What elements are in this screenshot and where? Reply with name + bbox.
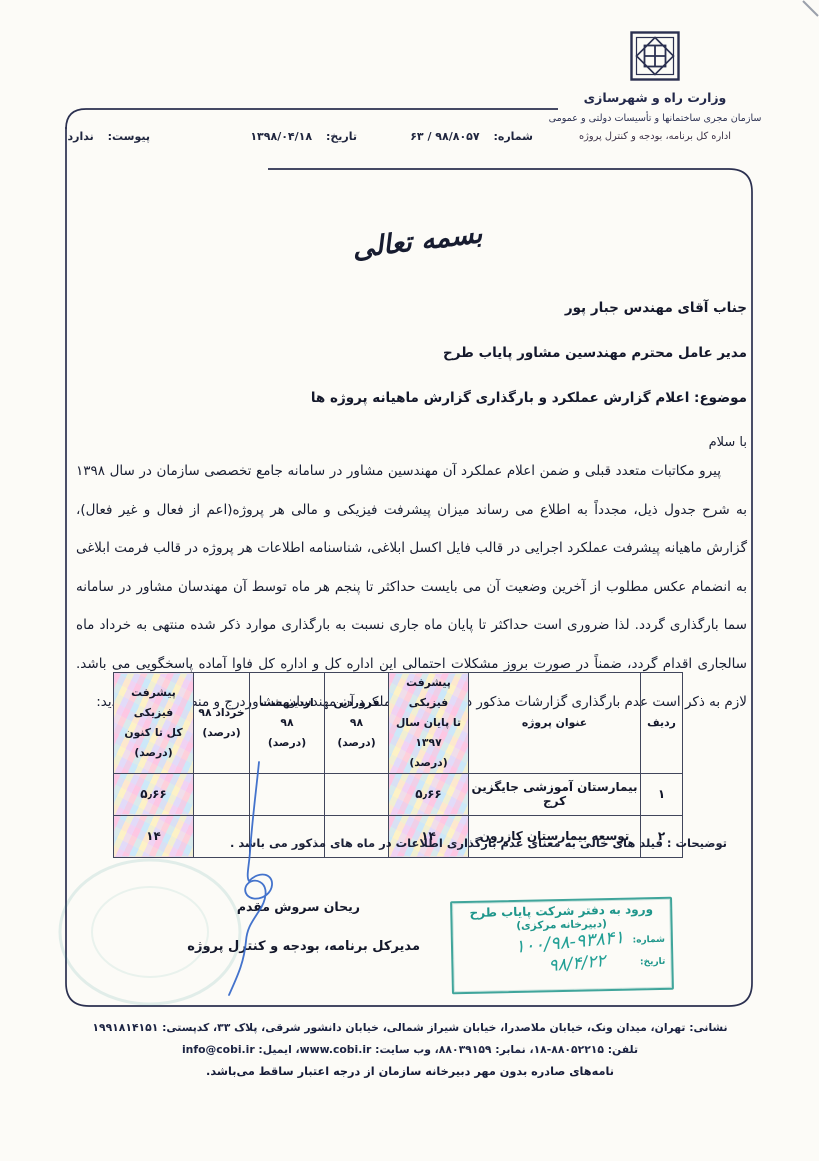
ministry-emblem-icon	[629, 30, 681, 82]
col-khordad-98: خرداد ۹۸ (درصد)	[194, 673, 250, 774]
department-name: اداره کل برنامه، بودجه و کنترل پروژه	[540, 131, 770, 142]
table-header-row: ردیف عنوان پروژه پیشرفت فیزیکی تا پایان …	[114, 673, 683, 774]
total-progress-cell: ۵٫۶۶	[114, 773, 194, 815]
organization-name: سازمان مجری ساختمانها و تأسیسات دولتی و …	[540, 113, 770, 124]
letter-date-field: تاریخ: ۱۳۹۸/۰۴/۱۸	[250, 130, 357, 143]
scanned-letter-page: وزارت راه و شهرسازی سازمان مجری ساختمانه…	[0, 0, 819, 1161]
letter-number-value: ۶۳ / ۹۸/۸۰۵۷	[410, 130, 479, 143]
farvardin-cell	[325, 773, 389, 815]
col-row-number: ردیف	[641, 673, 683, 774]
phone-value: ۱۸-۸۸۰۵۲۲۱۵	[534, 1043, 604, 1056]
project-title-cell: بیمارستان آموزشی جایگزین کرج	[469, 773, 641, 815]
ministry-name: وزارت راه و شهرسازی	[540, 90, 770, 105]
recipient-name: جناب آقای مهندس جبار پور	[565, 300, 747, 316]
progress-table: ردیف عنوان پروژه پیشرفت فیزیکی تا پایان …	[113, 672, 683, 858]
attachment-value: ندارد	[68, 130, 94, 143]
website-value: www.cobi.ir	[300, 1043, 372, 1056]
footer-contacts: تلفن: ۱۸-۸۸۰۵۲۲۱۵، نمابر: ۸۸۰۳۹۱۵۹، وب س…	[66, 1043, 754, 1056]
letter-date-label: تاریخ:	[326, 130, 357, 143]
signer-name: ریحان سروش مقدم	[240, 899, 360, 914]
letter-number-label: شماره:	[493, 130, 533, 143]
letter-date-value: ۱۳۹۸/۰۴/۱۸	[250, 130, 312, 143]
total-progress-cell: ۱۴	[114, 815, 194, 857]
col-project-title: عنوان پروژه	[469, 673, 641, 774]
col-total-progress: پیشرفت فیزیکی کل تا کنون (درصد)	[114, 673, 194, 774]
besmele-calligraphy: بسمه تعالی	[351, 218, 484, 265]
stamp-date-handwritten: ۹۸/۴/۲۲	[548, 951, 607, 976]
attachment-label: پیوست:	[108, 130, 150, 143]
table-row: ۱ بیمارستان آموزشی جایگزین کرج ۵٫۶۶ ۵٫۶۶	[114, 773, 683, 815]
email-label: ، ایمیل:	[255, 1043, 300, 1056]
recipient-title: مدیر عامل محترم مهندسین مشاور پایاب طرح	[443, 345, 747, 361]
fax-label: ، نمابر:	[492, 1043, 534, 1056]
col-ordibehesht-98: اردیبهشت ۹۸ (درصد)	[250, 673, 325, 774]
col-progress-1397: پیشرفت فیزیکی تا پایان سال ۱۳۹۷ (درصد)	[389, 673, 469, 774]
stamp-date-label: تاریخ:	[640, 957, 666, 968]
ordibehesht-cell	[250, 773, 325, 815]
signer-title: مدیرکل برنامه، بودجه و کنترل پروژه	[120, 939, 420, 954]
progress-1397-cell: ۵٫۶۶	[389, 773, 469, 815]
khordad-cell	[194, 773, 250, 815]
fax-value: ۸۸۰۳۹۱۵۹	[439, 1043, 492, 1056]
footer: نشانی: تهران، میدان ونک، خیابان ملاصدرا،…	[66, 1021, 754, 1078]
table-note: توضیحات : فیلد های خالی به معنای عدم بار…	[230, 836, 727, 850]
col-farvardin-98: فروردین ۹۸ (درصد)	[325, 673, 389, 774]
letter-number-field: شماره: ۶۳ / ۹۸/۸۰۵۷	[410, 130, 533, 143]
footer-disclaimer: نامه‌های صادره بدون مهر دبیرخانه سازمان …	[66, 1065, 754, 1078]
email-value: info@cobi.ir	[182, 1043, 255, 1056]
progress-table-wrapper: ردیف عنوان پروژه پیشرفت فیزیکی تا پایان …	[113, 672, 683, 858]
row-number-cell: ۱	[641, 773, 683, 815]
website-label: ، وب سایت:	[371, 1043, 438, 1056]
stamp-date-row: تاریخ: ۹۸/۴/۲۲	[459, 951, 665, 977]
stamp-number-label: شماره:	[632, 935, 665, 946]
salutation: با سلام	[709, 435, 747, 450]
phone-label: تلفن:	[604, 1043, 638, 1056]
footer-address: نشانی: تهران، میدان ونک، خیابان ملاصدرا،…	[66, 1021, 754, 1034]
subject-line: موضوع: اعلام گزارش عملکرد و بارگذاری گزا…	[311, 390, 747, 406]
letterhead: وزارت راه و شهرسازی سازمان مجری ساختمانه…	[540, 30, 770, 142]
attachment-field: پیوست: ندارد	[68, 130, 150, 143]
entry-stamp: ورود به دفتر شرکت پایاب طرح (دبیرخانه مر…	[450, 897, 674, 995]
